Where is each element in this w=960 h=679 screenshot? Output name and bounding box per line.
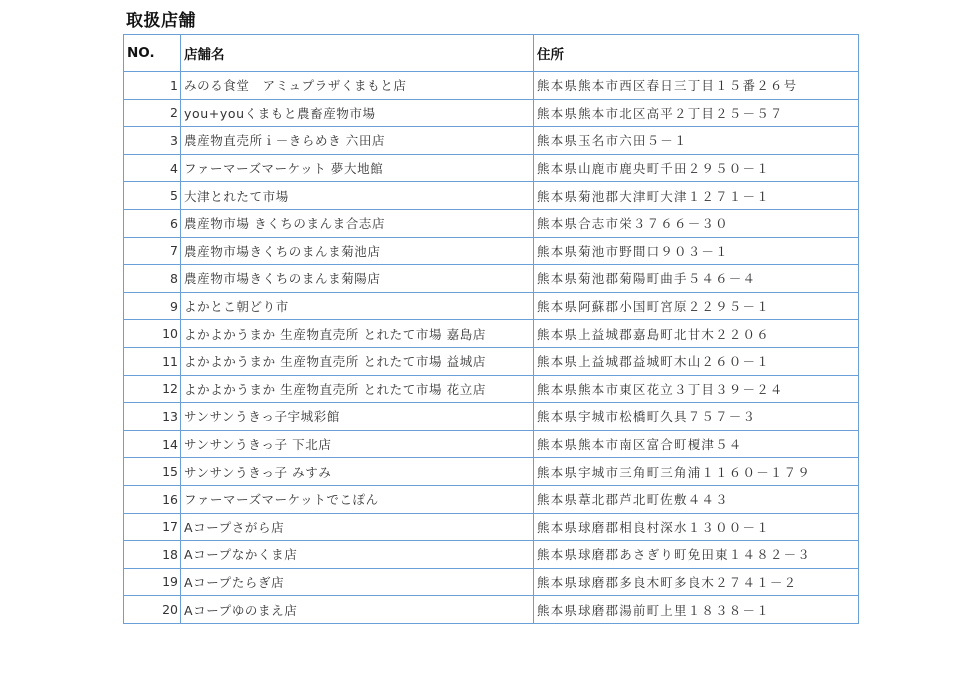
cell-store-name: よかよかうまか 生産物直売所 とれたて市場 益城店 — [181, 347, 534, 375]
cell-no: 19 — [124, 568, 181, 596]
table-row: 16 ファーマーズマーケットでこぽん 熊本県葦北郡芦北町佐敷４４３ — [124, 485, 859, 513]
cell-no: 20 — [124, 596, 181, 624]
table-row: 18 Aコープなかくま店 熊本県球磨郡あさぎり町免田東１４８２－３ — [124, 541, 859, 569]
cell-address: 熊本県球磨郡多良木町多良木２７４１－２ — [534, 568, 859, 596]
cell-no: 11 — [124, 347, 181, 375]
cell-address: 熊本県宇城市三角町三角浦１１６０－１７９ — [534, 458, 859, 486]
cell-address: 熊本県球磨郡相良村深水１３００－１ — [534, 513, 859, 541]
cell-no: 17 — [124, 513, 181, 541]
cell-store-name: ファーマーズマーケット 夢大地館 — [181, 154, 534, 182]
table-row: 10 よかよかうまか 生産物直売所 とれたて市場 嘉島店 熊本県上益城郡嘉島町北… — [124, 320, 859, 348]
table-row: 19 Aコープたらぎ店 熊本県球磨郡多良木町多良木２７４１－２ — [124, 568, 859, 596]
cell-store-name: ファーマーズマーケットでこぽん — [181, 485, 534, 513]
table-row: 14 サンサンうきっ子 下北店 熊本県熊本市南区富合町榎津５４ — [124, 430, 859, 458]
table-row: 1 みのる食堂 アミュプラザくまもと店 熊本県熊本市西区春日三丁目１５番２６号 — [124, 72, 859, 100]
table-row: 17 Aコープさがら店 熊本県球磨郡相良村深水１３００－１ — [124, 513, 859, 541]
cell-store-name: 農産物市場きくちのまんま菊陽店 — [181, 265, 534, 293]
cell-store-name: Aコープたらぎ店 — [181, 568, 534, 596]
table-row: 15 サンサンうきっ子 みすみ 熊本県宇城市三角町三角浦１１６０－１７９ — [124, 458, 859, 486]
cell-store-name: サンサンうきっ子宇城彩館 — [181, 403, 534, 431]
cell-address: 熊本県熊本市南区富合町榎津５４ — [534, 430, 859, 458]
table-row: 11 よかよかうまか 生産物直売所 とれたて市場 益城店 熊本県上益城郡益城町木… — [124, 347, 859, 375]
cell-address: 熊本県熊本市西区春日三丁目１５番２６号 — [534, 72, 859, 100]
cell-address: 熊本県熊本市北区高平２丁目２５－５７ — [534, 99, 859, 127]
cell-no: 6 — [124, 209, 181, 237]
cell-store-name: Aコープさがら店 — [181, 513, 534, 541]
cell-no: 14 — [124, 430, 181, 458]
cell-address: 熊本県熊本市東区花立３丁目３９－２４ — [534, 375, 859, 403]
cell-address: 熊本県山鹿市鹿央町千田２９５０－１ — [534, 154, 859, 182]
table-row: 2 you+youくまもと農畜産物市場 熊本県熊本市北区高平２丁目２５－５７ — [124, 99, 859, 127]
cell-no: 12 — [124, 375, 181, 403]
cell-store-name: サンサンうきっ子 みすみ — [181, 458, 534, 486]
cell-no: 3 — [124, 127, 181, 155]
store-table: NO. 店舗名 住所 1 みのる食堂 アミュプラザくまもと店 熊本県熊本市西区春… — [123, 34, 859, 624]
cell-address: 熊本県葦北郡芦北町佐敷４４３ — [534, 485, 859, 513]
cell-address: 熊本県玉名市六田５－１ — [534, 127, 859, 155]
table-row: 9 よかとこ朝どり市 熊本県阿蘇郡小国町宮原２２９５－１ — [124, 292, 859, 320]
cell-store-name: みのる食堂 アミュプラザくまもと店 — [181, 72, 534, 100]
cell-store-name: 農産物市場 きくちのまんま合志店 — [181, 209, 534, 237]
cell-store-name: you+youくまもと農畜産物市場 — [181, 99, 534, 127]
cell-no: 18 — [124, 541, 181, 569]
cell-store-name: よかよかうまか 生産物直売所 とれたて市場 花立店 — [181, 375, 534, 403]
cell-store-name: よかとこ朝どり市 — [181, 292, 534, 320]
cell-address: 熊本県上益城郡嘉島町北甘木２２０６ — [534, 320, 859, 348]
cell-store-name: 大津とれたて市場 — [181, 182, 534, 210]
table-row: 8 農産物市場きくちのまんま菊陽店 熊本県菊池郡菊陽町曲手５４６－４ — [124, 265, 859, 293]
column-header-no: NO. — [124, 35, 181, 72]
table-row: 13 サンサンうきっ子宇城彩館 熊本県宇城市松橋町久具７５７－３ — [124, 403, 859, 431]
cell-address: 熊本県菊池郡大津町大津１２７１－１ — [534, 182, 859, 210]
cell-no: 9 — [124, 292, 181, 320]
cell-store-name: Aコープなかくま店 — [181, 541, 534, 569]
table-row: 7 農産物市場きくちのまんま菊池店 熊本県菊池市野間口９０３－１ — [124, 237, 859, 265]
cell-store-name: Aコープゆのまえ店 — [181, 596, 534, 624]
table-header-row: NO. 店舗名 住所 — [124, 35, 859, 72]
table-row: 6 農産物市場 きくちのまんま合志店 熊本県合志市栄３７６６－３０ — [124, 209, 859, 237]
cell-no: 15 — [124, 458, 181, 486]
cell-no: 13 — [124, 403, 181, 431]
cell-no: 4 — [124, 154, 181, 182]
cell-store-name: よかよかうまか 生産物直売所 とれたて市場 嘉島店 — [181, 320, 534, 348]
cell-address: 熊本県上益城郡益城町木山２６０－１ — [534, 347, 859, 375]
table-row: 3 農産物直売所ｉ－きらめき 六田店 熊本県玉名市六田５－１ — [124, 127, 859, 155]
page-title: 取扱店舗 — [126, 6, 196, 31]
table-row: 20 Aコープゆのまえ店 熊本県球磨郡湯前町上里１８３８－１ — [124, 596, 859, 624]
cell-no: 5 — [124, 182, 181, 210]
cell-no: 2 — [124, 99, 181, 127]
cell-address: 熊本県合志市栄３７６６－３０ — [534, 209, 859, 237]
cell-store-name: 農産物市場きくちのまんま菊池店 — [181, 237, 534, 265]
cell-address: 熊本県球磨郡あさぎり町免田東１４８２－３ — [534, 541, 859, 569]
cell-no: 10 — [124, 320, 181, 348]
cell-no: 16 — [124, 485, 181, 513]
cell-store-name: 農産物直売所ｉ－きらめき 六田店 — [181, 127, 534, 155]
cell-address: 熊本県球磨郡湯前町上里１８３８－１ — [534, 596, 859, 624]
table-row: 12 よかよかうまか 生産物直売所 とれたて市場 花立店 熊本県熊本市東区花立３… — [124, 375, 859, 403]
cell-no: 8 — [124, 265, 181, 293]
cell-no: 7 — [124, 237, 181, 265]
column-header-address: 住所 — [534, 35, 859, 72]
cell-address: 熊本県宇城市松橋町久具７５７－３ — [534, 403, 859, 431]
cell-address: 熊本県菊池市野間口９０３－１ — [534, 237, 859, 265]
table-row: 4 ファーマーズマーケット 夢大地館 熊本県山鹿市鹿央町千田２９５０－１ — [124, 154, 859, 182]
cell-store-name: サンサンうきっ子 下北店 — [181, 430, 534, 458]
cell-address: 熊本県阿蘇郡小国町宮原２２９５－１ — [534, 292, 859, 320]
column-header-store-name: 店舗名 — [181, 35, 534, 72]
cell-address: 熊本県菊池郡菊陽町曲手５４６－４ — [534, 265, 859, 293]
table-row: 5 大津とれたて市場 熊本県菊池郡大津町大津１２７１－１ — [124, 182, 859, 210]
cell-no: 1 — [124, 72, 181, 100]
